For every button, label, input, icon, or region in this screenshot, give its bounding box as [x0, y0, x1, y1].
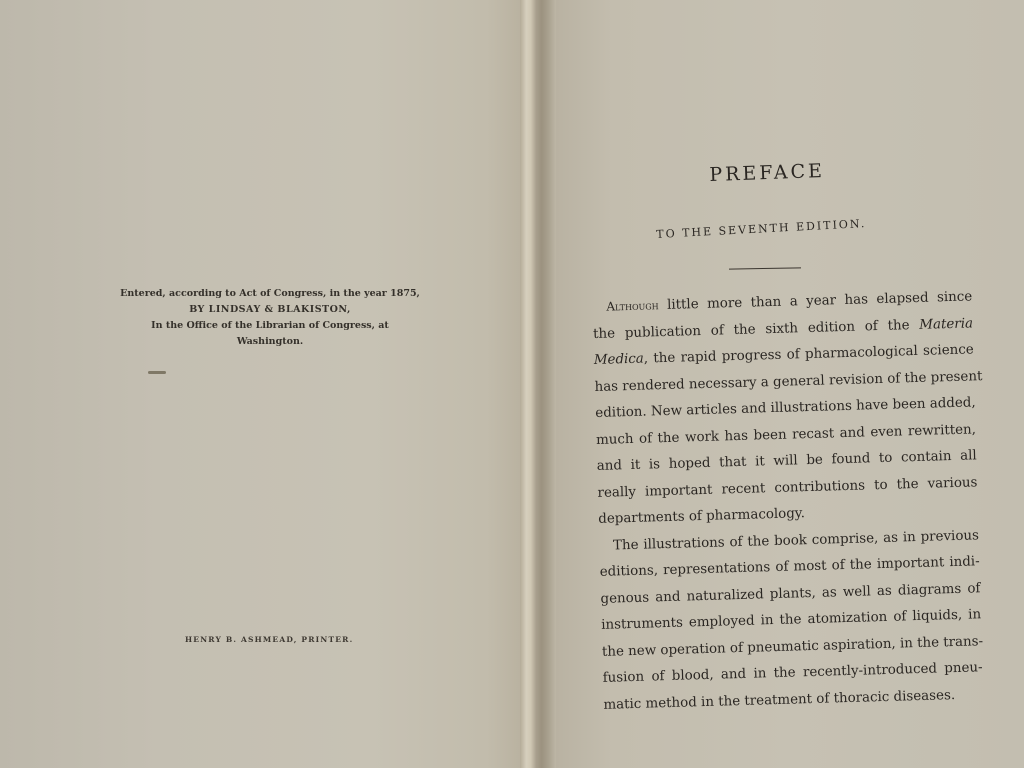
paragraph-2: The illustrations of the book comprise, …	[599, 523, 984, 719]
italic-term: Materia	[919, 316, 973, 332]
preface-body: Although little more than a year has ela…	[592, 283, 984, 718]
printer-imprint: HENRY B. ASHMEAD, PRINTER.	[185, 635, 353, 644]
copyright-publisher: BY LINDSAY & BLAKISTON,	[118, 302, 422, 318]
open-book: Entered, according to Act of Congress, i…	[0, 0, 1024, 768]
left-page: Entered, according to Act of Congress, i…	[0, 0, 528, 768]
copyright-line-3: In the Office of the Librarian of Congre…	[118, 318, 422, 350]
lead-word: Although	[606, 298, 659, 313]
copyright-notice: Entered, according to Act of Congress, i…	[118, 286, 422, 350]
book-gutter	[520, 0, 556, 768]
preface-title: PREFACE	[709, 160, 825, 186]
ink-smudge	[148, 371, 166, 374]
paragraph-1: Although little more than a year has ela…	[592, 283, 979, 533]
copyright-line-1: Entered, according to Act of Congress, i…	[118, 286, 422, 302]
